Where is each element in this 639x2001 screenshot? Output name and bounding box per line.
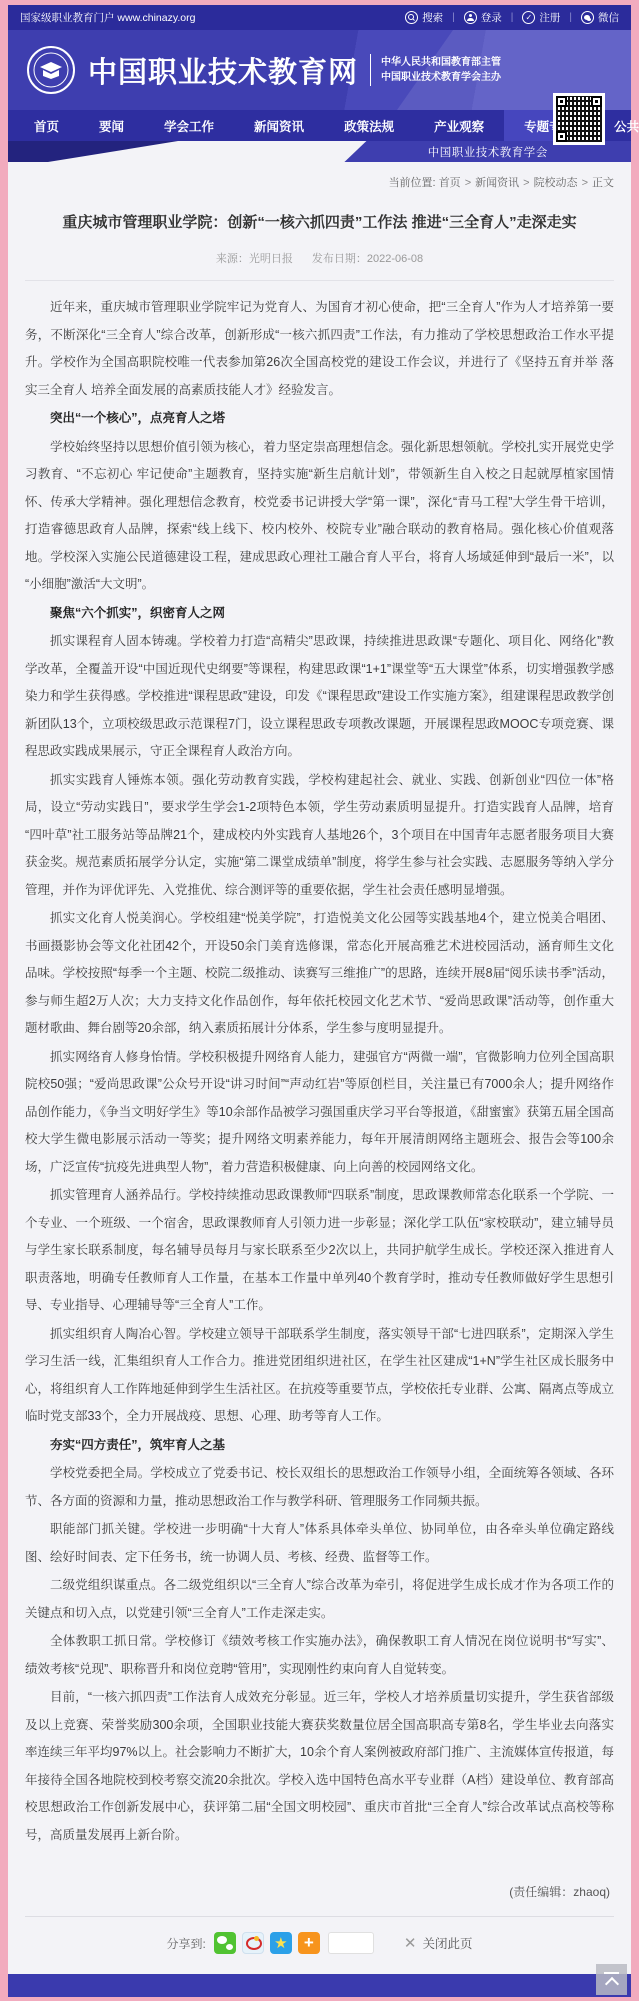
share-label: 分享到: (167, 1935, 206, 1952)
article-paragraph: 抓实管理育人涵养品行。学校持续推动思政课教师“四联系”制度，思政课教师常态化联系… (25, 1182, 614, 1320)
search-icon (405, 11, 418, 24)
share-count-box[interactable] (328, 1932, 374, 1954)
article-paragraph: 学校始终坚持以思想价值引领为核心，着力坚定崇高理想信念。强化新思想领航。学校扎实… (25, 434, 614, 599)
breadcrumb-item-首页[interactable]: 首页 (439, 177, 461, 189)
article-paragraph: 目前，“一核六抓四责”工作法育人成效充分彰显。近三年，学校人才培养质量切实提升，… (25, 1684, 614, 1849)
nav-sub-strip: 中国职业技术教育学会 (8, 141, 631, 162)
article-paragraph: 抓实课程育人固本铸魂。学校着力打造“高精尖”思政课，持续推进思政课“专题化、项目… (25, 628, 614, 766)
article-paragraph: 抓实网络育人修身怡情。学校积极提升网络育人能力，建强官方“两微一端”，官微影响力… (25, 1044, 614, 1182)
nav-item-要闻[interactable]: 要闻 (79, 110, 144, 141)
site-name: 中国职业技术教育网 (88, 50, 358, 91)
page-title: 重庆城市管理职业学院：创新“一核六抓四责”工作法 推进“三全育人”走深走实 (25, 200, 614, 234)
breadcrumb-separator: > (582, 177, 588, 189)
nav-item-首页[interactable]: 首页 (14, 110, 79, 141)
breadcrumb: 当前位置: 首页>新闻资讯>院校动态>正文 (25, 168, 614, 200)
article-paragraph: 二级党组织谋重点。各二级党组织以“三全育人”综合改革为牵引，将促进学生成长成才作… (25, 1572, 614, 1627)
article-paragraph: 学校党委把全局。学校成立了党委书记、校长双组长的思想政治工作领导小组，全面统筹各… (25, 1460, 614, 1515)
breadcrumb-item-新闻资讯[interactable]: 新闻资讯 (475, 177, 519, 189)
site-header: 中国职业技术教育网 中华人民共和国教育部主管 中国职业技术教育学会主办 (8, 30, 631, 110)
nav-item-产业观察[interactable]: 产业观察 (414, 110, 504, 141)
topbar: 国家级职业教育门户 www.chinazy.org 搜索登录注册微信 (8, 5, 631, 30)
site-portal-label: 国家级职业教育门户 www.chinazy.org (20, 10, 195, 25)
topbar-link-登录[interactable]: 登录 (443, 10, 502, 25)
topbar-links: 搜索登录注册微信 (405, 10, 619, 25)
article-source: 来源：光明日报 (216, 253, 293, 265)
close-page-button[interactable]: ✕ 关闭此页 (404, 1934, 473, 1952)
article-paragraph: 职能部门抓关键。学校进一步明确“十大育人”体系具体牵头单位、协同单位，由各牵头单… (25, 1516, 614, 1571)
article-paragraph: 抓实文化育人悦美润心。学校组建“悦美学院”，打造悦美文化公园等实践基地4个，建立… (25, 905, 614, 1043)
section-heading: 夯实“四方责任”，筑牢育人之基 (25, 1432, 614, 1460)
section-heading: 突出“一个核心”，点亮育人之塔 (25, 405, 614, 433)
breadcrumb-prefix: 当前位置: (389, 177, 439, 189)
check-icon (522, 11, 535, 24)
nav-item-政策法规[interactable]: 政策法规 (324, 110, 414, 141)
close-icon: ✕ (404, 1934, 417, 1952)
more-share-icon[interactable]: + (298, 1932, 320, 1954)
site-footer-bar (8, 1974, 631, 1997)
article-paragraph: 抓实实践育人锤炼本领。强化劳动教育实践，学校构建起社会、就业、实践、创新创业“四… (25, 767, 614, 905)
site-logo-icon (26, 45, 76, 95)
page-wrapper: 国家级职业教育门户 www.chinazy.org 搜索登录注册微信 中国职业技… (8, 5, 631, 1997)
breadcrumb-item-院校动态[interactable]: 院校动态 (534, 177, 578, 189)
wechat-share-icon[interactable] (214, 1932, 236, 1954)
qr-code (553, 93, 605, 145)
wechat-icon (581, 11, 594, 24)
weibo-share-icon[interactable] (242, 1932, 264, 1954)
article-date: 发布日期：2022-06-08 (312, 253, 423, 265)
qr-label: 中国职业技术教育学会 (428, 144, 548, 160)
user-icon (464, 11, 477, 24)
nav-item-学会工作[interactable]: 学会工作 (144, 110, 234, 141)
back-to-top-button[interactable] (596, 1964, 627, 1995)
nav-wedge-decoration (8, 141, 178, 162)
article-paragraph: 全体教职工抓日常。学校修订《绩效考核工作实施办法》，确保教职工育人情况在岗位说明… (25, 1628, 614, 1683)
content-area: 当前位置: 首页>新闻资讯>院校动态>正文 重庆城市管理职业学院：创新“一核六抓… (8, 162, 631, 1974)
section-heading: 聚焦“六个抓实”，织密育人之网 (25, 600, 614, 628)
nav-item-新闻资讯[interactable]: 新闻资讯 (234, 110, 324, 141)
editor-credit: (责任编辑：zhaoq) (25, 1883, 610, 1900)
share-bar: 分享到: ★ + ✕ 关闭此页 (25, 1916, 614, 1974)
header-divider (370, 54, 371, 86)
breadcrumb-separator: > (465, 177, 471, 189)
topbar-link-注册[interactable]: 注册 (502, 10, 561, 25)
qzone-share-icon[interactable]: ★ (270, 1932, 292, 1954)
article-paragraph: 近年来，重庆城市管理职业学院牢记为党育人、为国育才初心使命，把“三全育人”作为人… (25, 294, 614, 404)
topbar-link-微信[interactable]: 微信 (560, 10, 619, 25)
breadcrumb-separator: > (523, 177, 529, 189)
breadcrumb-item-正文: 正文 (592, 177, 614, 189)
article-meta: 来源：光明日报 发布日期：2022-06-08 (25, 234, 614, 281)
topbar-link-搜索[interactable]: 搜索 (405, 10, 443, 25)
main-nav: 首页要闻学会工作新闻资讯政策法规产业观察专题专栏公共服务 (8, 110, 631, 141)
article-body: 近年来，重庆城市管理职业学院牢记为党育人、为国育才初心使命，把“三全育人”作为人… (25, 281, 614, 1849)
article-paragraph: 抓实组织育人陶冶心智。学校建立领导干部联系学生制度，落实领导干部“七进四联系”，… (25, 1321, 614, 1431)
